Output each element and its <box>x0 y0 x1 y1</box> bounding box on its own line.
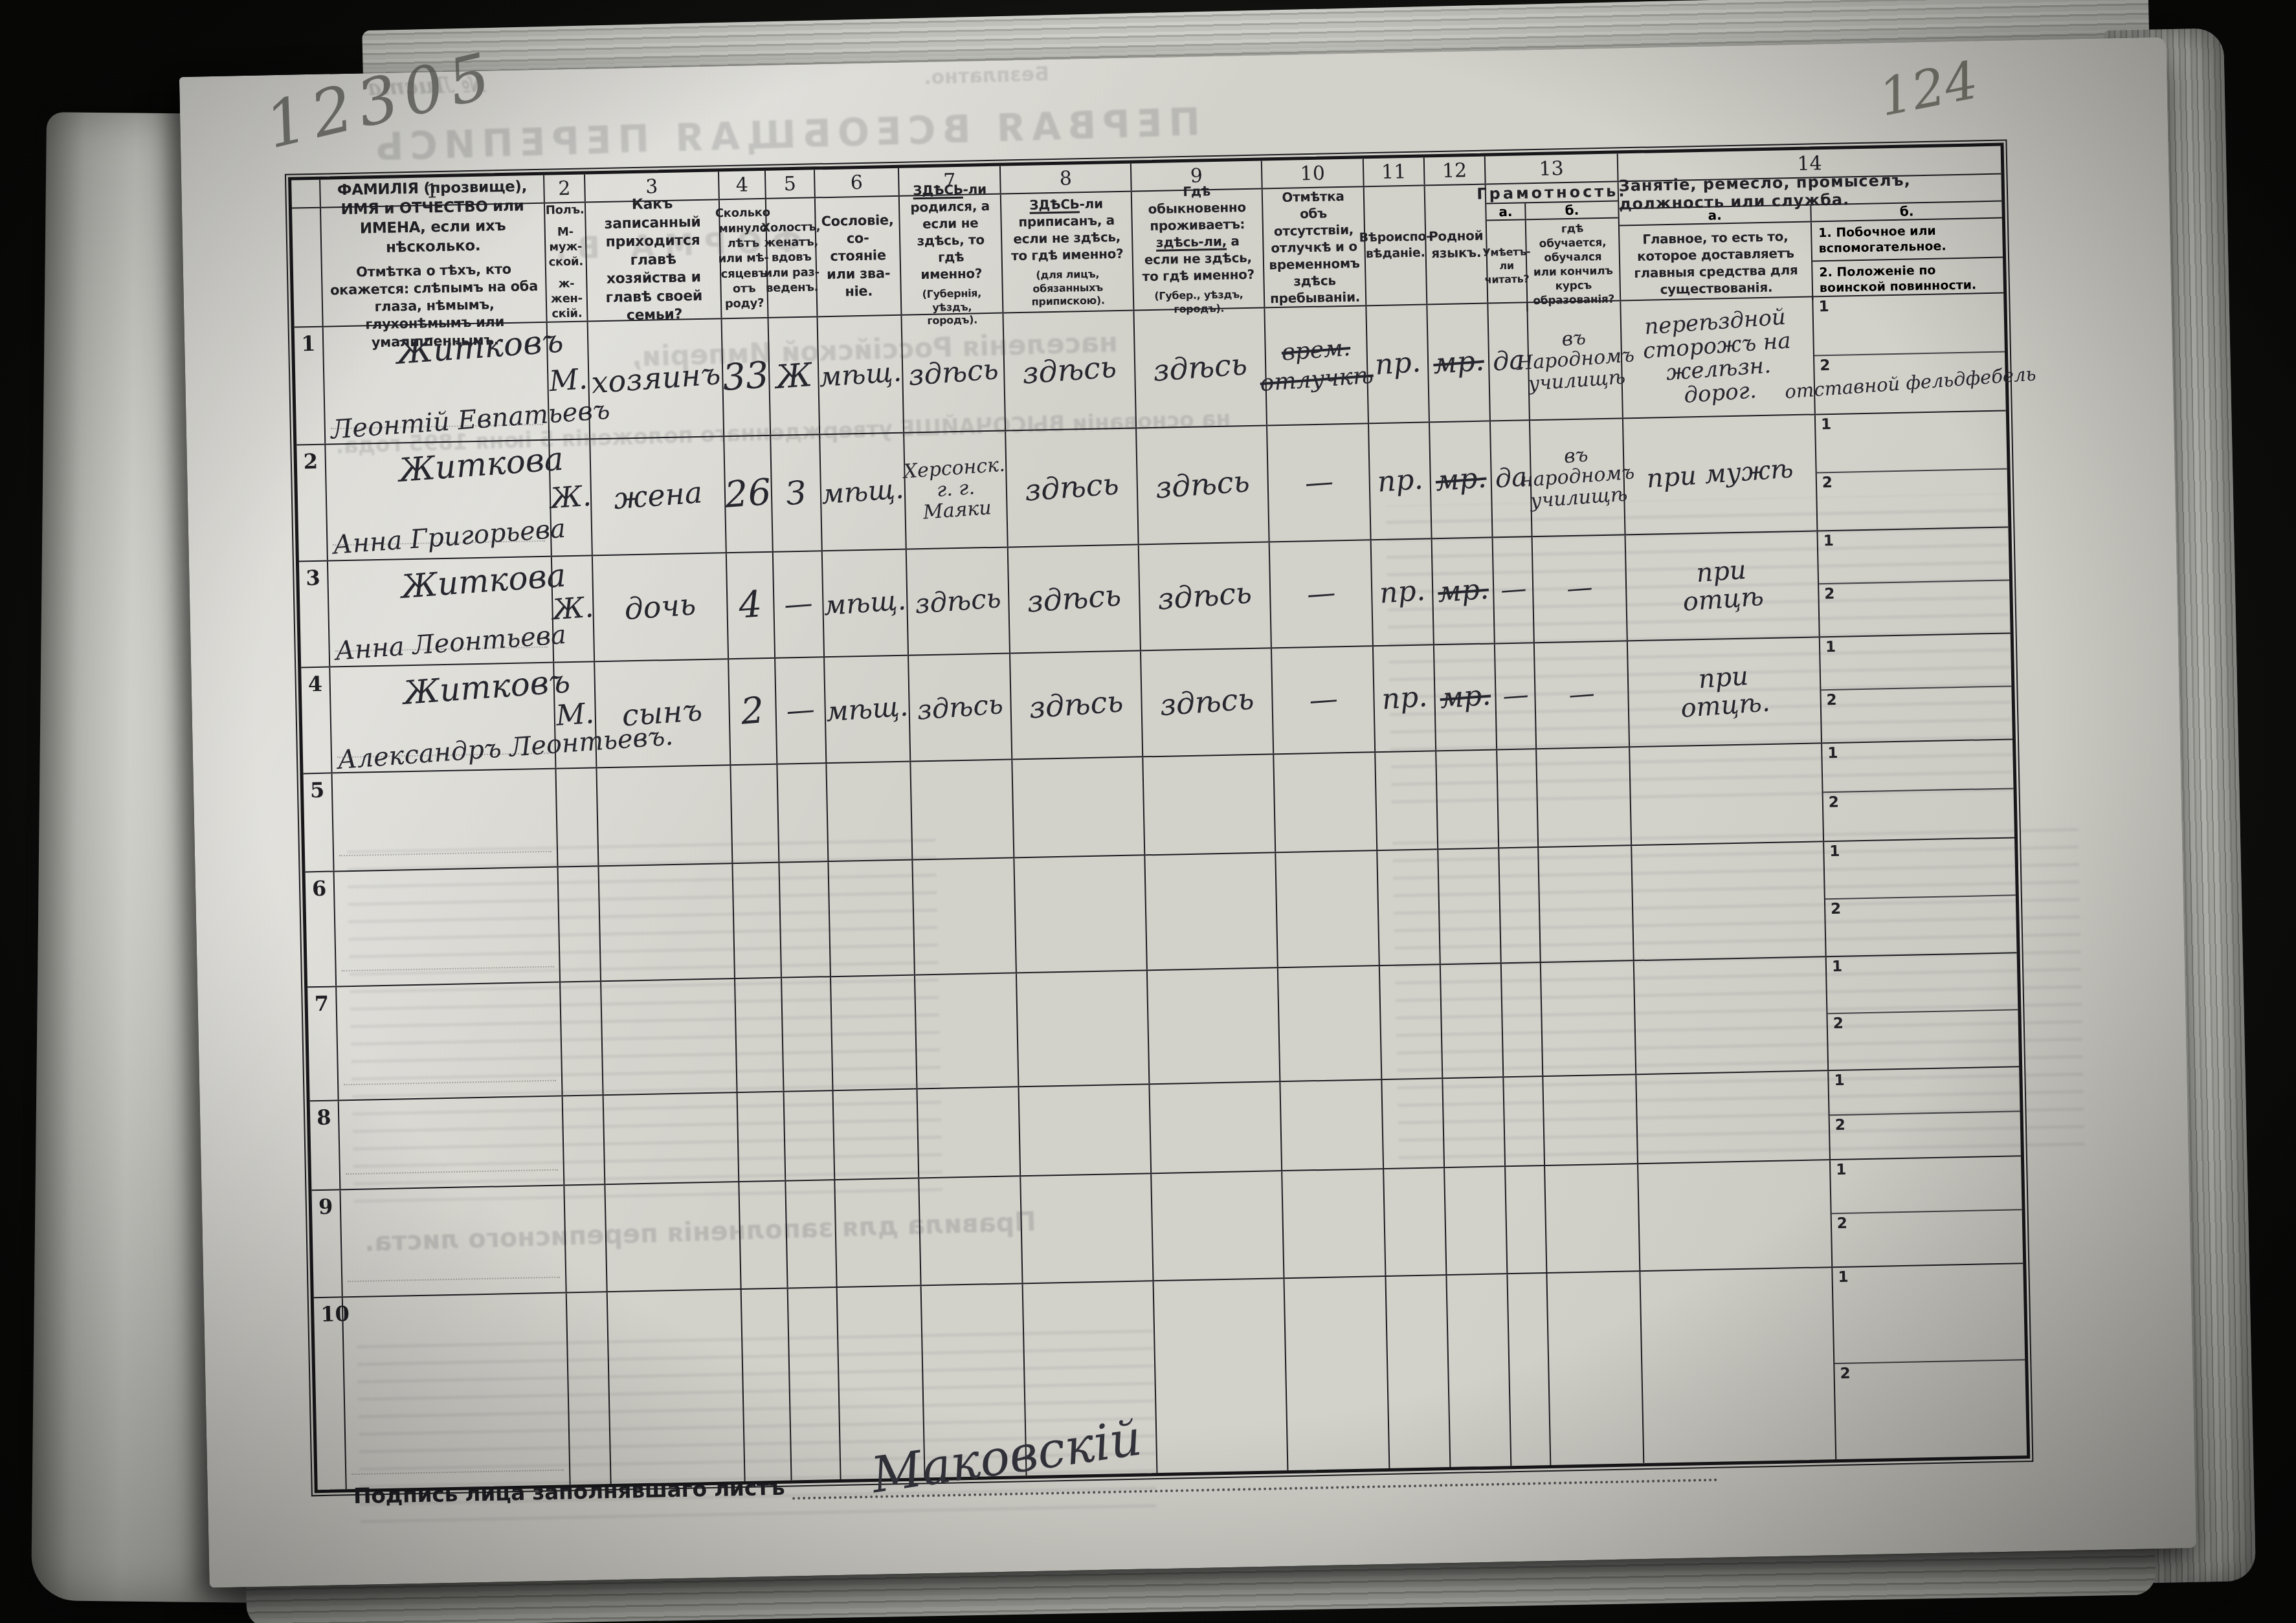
bleedthrough-free-label: Безплатно. <box>924 63 1050 89</box>
row-number: 8 <box>310 1101 341 1189</box>
empty-cell <box>1447 1274 1511 1467</box>
occupation-side-1: 1 <box>1813 294 2005 357</box>
empty-cell <box>1497 749 1539 847</box>
cell-religion: пр. <box>1369 423 1432 539</box>
cell-name: Житковъ Александръ Леонтьевъ. <box>330 663 556 773</box>
cell-marital: — <box>774 551 825 657</box>
empty-cell <box>1019 1085 1152 1175</box>
occupation-side-2: 2 <box>1821 687 2012 742</box>
cell-estate: мѣщ. <box>820 434 907 551</box>
header-occupation-a: Главное, то есть то, которое доставляетъ… <box>1620 222 1813 304</box>
cell-marital: З <box>771 435 823 551</box>
cell-literacy-read: — <box>1495 643 1537 749</box>
empty-cell <box>1386 1275 1451 1468</box>
header-registration-paren: (для лицъ, обязанныхъ припискою). <box>1009 267 1127 310</box>
empty-cell <box>1380 965 1443 1079</box>
cell-name: Житкова Анна Леонтьева <box>328 557 554 667</box>
empty-cell <box>1441 964 1504 1077</box>
empty-cell <box>1382 1079 1445 1168</box>
header-name: ФАМИЛІЯ (прозвище), ИМЯ и ОТЧЕСТВО или И… <box>321 204 548 326</box>
empty-cell <box>1630 744 1824 845</box>
occupation-side-2: 2 <box>1825 896 2017 956</box>
cell-estate: мѣщ. <box>818 316 905 434</box>
cell-occupation-side: 1 2 <box>1822 740 2014 841</box>
occupation-side-1: 1 <box>1822 740 2013 793</box>
empty-cell <box>1017 971 1150 1086</box>
row-number: 4 <box>301 668 332 773</box>
empty-cell <box>733 863 782 978</box>
empty-cell <box>915 973 1019 1088</box>
header-residence-text: Гдѣ обыкновенно проживаетъ: здѣсь-ли, а … <box>1137 182 1257 285</box>
cell-religion: пр. <box>1374 645 1436 751</box>
header-literacy-title: Грамотность. <box>1486 182 1618 204</box>
empty-cell <box>827 762 913 861</box>
cell-relation: сынъ <box>595 659 731 767</box>
occupation-side-2: 2 <box>1819 580 2011 636</box>
occupation-side-1: 1 <box>1824 838 2016 900</box>
handwritten-given-name: Анна Леонтьева <box>334 621 567 666</box>
empty-cell <box>1545 1164 1640 1272</box>
cell-literacy-school: въ народномъ училищѣ <box>1530 419 1626 536</box>
cell-occupation-main: при отцѣ. <box>1628 637 1822 746</box>
empty-cell <box>911 760 1014 859</box>
empty-cell <box>742 1289 792 1481</box>
empty-cell <box>834 1089 920 1179</box>
empty-cell <box>777 764 829 861</box>
cell-occupation-side: 1 2 <box>1818 527 2010 636</box>
empty-cell <box>835 1178 921 1286</box>
cell-occupation-side: 1 2 <box>1831 1156 2023 1266</box>
occupation-side-2: 2 <box>1827 1010 2019 1070</box>
cell-birthplace: здѣсь <box>909 654 1012 760</box>
occupation-side-2: 2 <box>1823 789 2014 841</box>
header-name-line1: ФАМИЛІЯ (прозвище), ИМЯ и ОТЧЕСТВО или И… <box>326 177 539 259</box>
empty-cell <box>1445 1167 1508 1274</box>
header-literacy: Грамотность. а. б. Умѣетъ- ли читать? гд… <box>1486 182 1622 302</box>
cell-absence: — <box>1267 424 1372 541</box>
cell-literacy-school: въ Народномъ училищѣ <box>1528 301 1623 419</box>
cell-name <box>333 769 559 871</box>
empty-cell <box>1274 753 1377 852</box>
empty-cell <box>1502 963 1543 1076</box>
empty-cell <box>1539 846 1634 962</box>
empty-cell <box>1282 1169 1386 1277</box>
empty-cell <box>1376 751 1438 850</box>
row-number: 2 <box>296 445 328 561</box>
empty-cell <box>1276 851 1380 967</box>
empty-cell <box>918 1087 1021 1177</box>
empty-cell <box>1150 1082 1282 1173</box>
cell-residence: здѣсь <box>1137 426 1270 544</box>
census-table: 1 2 3 4 5 6 7 8 9 10 11 12 13 14 ФАМИЛІЯ… <box>288 142 2030 1493</box>
header-registration-text: ЗДѢСЬ-ли приписанъ, а если не здѣсь, то … <box>1007 195 1126 265</box>
empty-cell <box>831 976 917 1090</box>
occupation-side-1: 1 <box>1833 1264 2025 1364</box>
cell-age: 26 <box>724 436 774 552</box>
empty-cell <box>1499 848 1541 962</box>
empty-cell <box>1014 856 1147 972</box>
header-literacy-b: гдѣ обучается, обучался или кончилъ курс… <box>1526 218 1620 311</box>
handwritten-surname: Житкова <box>397 441 564 488</box>
handwritten-given-name: Анна Григорьева <box>332 515 566 560</box>
empty-cell <box>1537 747 1632 846</box>
empty-cell <box>829 861 915 977</box>
header-sex: Полъ. М-муж- ской. ж-жен- скій. <box>545 203 588 321</box>
row-number: 7 <box>307 987 339 1100</box>
header-religion: Вѣроиспо- вѣданіе. <box>1365 186 1428 305</box>
occupation-side-1: 1 <box>1818 527 2009 584</box>
cell-religion: пр. <box>1372 539 1434 645</box>
cell-occupation-side: 1 2отставной фельдфебель <box>1813 294 2006 414</box>
cell-occupation-side: 1 2 <box>1816 412 2009 531</box>
cell-language: мр. <box>1434 644 1497 750</box>
empty-cell <box>1636 1071 1831 1163</box>
header-literacy-a-label: а. <box>1486 203 1526 219</box>
header-birthplace: ЗДѢСЬ-ли родился, а если не здѣсь, то гд… <box>900 195 1004 315</box>
header-marital: Холостъ, женатъ, вдовъ или раз- веденъ. <box>766 198 818 316</box>
empty-cell <box>788 1288 841 1480</box>
cell-language: мр. <box>1432 538 1495 644</box>
cell-literacy-school: — <box>1535 641 1630 748</box>
row-number: 9 <box>311 1190 342 1297</box>
empty-cell <box>1443 1077 1506 1167</box>
row-number: 10 <box>314 1297 347 1490</box>
empty-cell <box>1154 1279 1289 1473</box>
empty-cell <box>735 978 784 1092</box>
col-number: 11 <box>1364 157 1425 186</box>
occupation-side-2: 2 <box>1817 469 2009 530</box>
cell-age: 33 <box>722 318 772 436</box>
cell-marital: — <box>775 657 827 763</box>
header-birthplace-text: ЗДѢСЬ-ли родился, а если не здѣсь, то гд… <box>905 181 996 283</box>
row-number: 5 <box>304 774 335 872</box>
cell-birthplace: Херсонск. г. г. Маяки <box>904 432 1009 549</box>
header-estate: Сословіе, со- стояніе или зва- ніе. <box>816 197 902 316</box>
cell-absence: — <box>1272 646 1376 753</box>
cell-religion: пр. <box>1366 305 1430 423</box>
cell-name <box>339 1096 565 1189</box>
empty-cell <box>597 766 733 865</box>
cell-language: мр. <box>1430 421 1493 538</box>
occupation-side-2: 2 <box>1834 1360 2027 1459</box>
empty-cell <box>605 1182 741 1291</box>
empty-cell <box>559 867 602 981</box>
occupation-side-1: 1 <box>1831 1156 2022 1214</box>
empty-cell <box>1541 961 1636 1076</box>
empty-cell <box>1145 853 1278 969</box>
col-number: 6 <box>815 168 900 197</box>
empty-cell <box>561 982 603 1095</box>
photo-of-census-sheet: { "photo": { "stamp_number": "12305", "p… <box>0 0 2296 1623</box>
empty-cell <box>556 768 599 866</box>
header-registration: ЗДѢСЬ-ли приписанъ, а если не здѣсь, то … <box>1001 192 1135 313</box>
empty-cell <box>1504 1077 1545 1165</box>
cell-residence: здѣсь <box>1134 308 1267 427</box>
col-number: 4 <box>719 171 766 199</box>
empty-cell <box>1377 850 1441 965</box>
cell-name <box>337 982 563 1099</box>
empty-cell <box>1438 848 1502 964</box>
empty-cell <box>604 1093 740 1184</box>
col-number: 5 <box>766 170 816 198</box>
cell-relation: хозяинъ <box>588 319 725 438</box>
occupation-side-2: 2 <box>1830 1112 2021 1159</box>
cell-occupation-main: при отцѣ <box>1626 531 1820 640</box>
cell-age: 2 <box>729 659 777 764</box>
col-number: 13 <box>1486 153 1619 183</box>
header-occupation: Занятіе, ремесло, промыселъ, должность и… <box>1619 175 2004 300</box>
cell-sex: Ж. <box>552 556 595 661</box>
occupation-side-1: 1 <box>1829 1067 2020 1116</box>
cell-occupation-side: 1 2 <box>1824 838 2016 956</box>
cell-age: 4 <box>727 553 775 658</box>
empty-cell <box>1143 755 1276 854</box>
handwritten-surname: Житкова <box>400 558 567 604</box>
empty-cell <box>1280 1080 1384 1170</box>
empty-cell <box>1547 1272 1644 1465</box>
empty-cell <box>779 862 831 977</box>
empty-cell <box>292 208 324 327</box>
header-age: Сколько минуло лѣтъ или мѣ- сяцевъ отъ р… <box>720 199 769 318</box>
empty-cell <box>567 1292 612 1485</box>
occupation-side-1: 1 <box>1820 634 2012 690</box>
empty-cell <box>1012 757 1145 857</box>
col-number: 8 <box>1001 164 1132 193</box>
row-number: 3 <box>299 562 330 667</box>
empty-cell <box>786 1180 837 1287</box>
col-number: 12 <box>1425 157 1486 185</box>
empty-cell <box>1152 1171 1284 1280</box>
empty-cell <box>1021 1174 1154 1283</box>
handwritten-surname: Житковъ <box>402 663 571 711</box>
empty-cell <box>1436 750 1499 848</box>
occupation-side-2: 2отставной фельдфебель <box>1814 353 2006 414</box>
empty-cell <box>1278 966 1382 1081</box>
cell-name: Житковъ Леонтій Евпатьевъ <box>324 323 550 444</box>
empty-cell <box>1632 842 1826 960</box>
cell-name <box>335 868 561 986</box>
empty-cell <box>291 180 321 208</box>
empty-cell <box>1640 1268 1836 1463</box>
header-absence: Отмѣтка объ отсутствіи, отлучкѣ и о врем… <box>1263 187 1367 307</box>
cell-occupation-side: 1 2 <box>1827 953 2019 1070</box>
cell-registration: здѣсь <box>1006 428 1139 546</box>
occupation-side-2: 2 <box>1832 1210 2023 1266</box>
header-sex-female: ж-жен- скій. <box>550 276 583 322</box>
empty-cell <box>564 1185 607 1292</box>
cell-birthplace: здѣсь <box>902 314 1007 432</box>
empty-cell <box>731 765 779 863</box>
cell-language: мр. <box>1427 304 1491 422</box>
cell-name <box>340 1186 566 1296</box>
empty-cell <box>599 864 735 980</box>
cell-relation: жена <box>590 437 727 555</box>
empty-cell <box>1148 968 1280 1083</box>
cell-relation: дочь <box>593 553 729 661</box>
cell-registration: здѣсь <box>1010 651 1143 758</box>
cell-absence: — <box>1270 540 1374 647</box>
cell-residence: здѣсь <box>1139 542 1272 650</box>
cell-sex: М. <box>554 662 597 767</box>
empty-cell <box>1508 1274 1551 1466</box>
census-sheet: Безплатно. № Листа ПЕРВАЯ ВСЕОБЩАЯ ПЕРЕП… <box>179 37 2196 1587</box>
header-occupation-b-label: б. <box>1811 202 2001 221</box>
cell-occupation-side: 1 2 <box>1829 1067 2021 1159</box>
empty-cell <box>563 1096 606 1184</box>
header-literacy-a: Умѣетъ- ли читать? <box>1487 220 1528 312</box>
cell-literacy-read: — <box>1493 537 1535 643</box>
cell-estate: мѣщ. <box>823 550 909 657</box>
cell-occupation-side: 1 2 <box>1833 1264 2027 1459</box>
cell-sex: Ж. <box>550 439 593 555</box>
occupation-side-1: 1 <box>1827 953 2018 1014</box>
empty-cell <box>1384 1168 1447 1275</box>
cell-residence: здѣсь <box>1141 648 1274 756</box>
header-occupation-a-label: а. <box>1619 205 1811 225</box>
cell-name: Житкова Анна Григорьева <box>326 441 552 560</box>
empty-cell <box>738 1092 786 1181</box>
row-number: 6 <box>306 872 337 986</box>
cell-registration: здѣсь <box>1003 311 1137 430</box>
cell-sex: М. <box>548 322 591 439</box>
header-occupation-b1: 1. Побочное или вспомогательное. <box>1812 219 2003 262</box>
header-sex-title: Полъ. <box>546 203 585 219</box>
cell-name <box>343 1293 571 1489</box>
col-number: 10 <box>1262 159 1365 188</box>
empty-cell <box>782 977 833 1090</box>
header-sex-male: М-муж- ской. <box>548 224 583 270</box>
empty-cell <box>601 979 737 1094</box>
empty-cell <box>608 1290 746 1484</box>
empty-cell <box>1543 1075 1638 1165</box>
empty-cell <box>1506 1166 1547 1273</box>
cell-occupation-side: 1 2 <box>1820 634 2012 742</box>
header-relation: Какъ записанный приходится главѣ хозяйст… <box>586 200 722 320</box>
occupation-side-1: 1 <box>1816 412 2007 474</box>
handwritten-surname: Житковъ <box>396 324 564 371</box>
cell-registration: здѣсь <box>1009 545 1141 652</box>
empty-cell <box>739 1182 788 1288</box>
row-number: 1 <box>295 327 326 445</box>
empty-cell <box>1638 1160 1833 1270</box>
cell-occupation-main: при мужѣ <box>1623 415 1818 534</box>
empty-cell <box>785 1091 836 1180</box>
cell-literacy-school: — <box>1533 535 1628 642</box>
cell-marital: Ж <box>769 317 821 434</box>
header-residence: Гдѣ обыкновенно проживаетъ: здѣсь-ли, а … <box>1132 189 1265 309</box>
empty-cell <box>913 858 1017 974</box>
header-literacy-b-label: б. <box>1526 201 1618 219</box>
handwritten-page-number: 124 <box>1874 50 1983 128</box>
cell-absence: врем. отлучкѣ <box>1265 306 1369 425</box>
empty-cell <box>919 1176 1023 1285</box>
cell-estate: мѣщ. <box>825 656 911 763</box>
empty-cell <box>1284 1277 1390 1470</box>
col-number: 2 <box>544 174 586 202</box>
empty-cell <box>1634 957 1829 1074</box>
cell-birthplace: здѣсь <box>907 547 1010 654</box>
